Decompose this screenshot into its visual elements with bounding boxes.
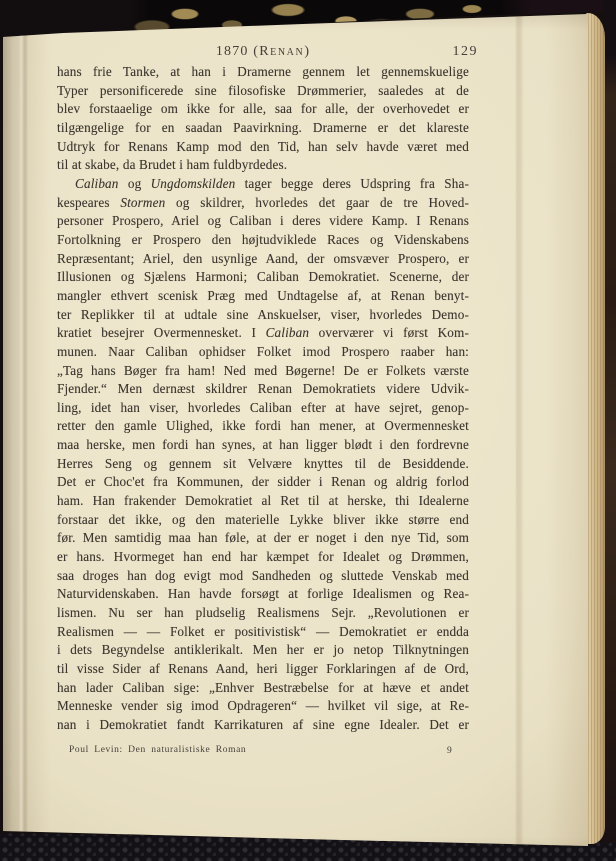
text-line: retter den gamle Ulighed, ikke fordi han… <box>57 417 469 436</box>
text-line: Realismen — — Folket er positivistisk“ —… <box>57 623 469 642</box>
text-line: Fjender.“ Men dernæst skildrer Renan Dem… <box>57 380 469 399</box>
text-line: Herres Seng og gennem sit Velvære knytte… <box>57 455 469 474</box>
text-line: Caliban og Ungdomskilden tager begge der… <box>57 175 469 194</box>
running-head: 1870 (Renan) <box>57 44 469 60</box>
text-line: til at skabe, da Brudet i ham fuldbyrded… <box>57 156 469 175</box>
running-head-year: 1870 ( <box>216 44 259 59</box>
footer-citation: Poul Levin: Den naturalistiske Roman <box>69 745 246 755</box>
text-line: munen. Naar Caliban ophidser Folket imod… <box>57 343 469 362</box>
text-line: forstaar det ikke, og den materielle Lyk… <box>57 511 469 530</box>
text-line: Fortolkning er Prospero den højtudvikled… <box>57 231 469 250</box>
footer-signature-number: 9 <box>447 746 452 756</box>
book-photo: 1870 (Renan) 129 hans frie Tanke, at han… <box>0 0 616 861</box>
text-line: Udtryk for Renans Kamp mod den Tid, han … <box>57 138 469 157</box>
text-line: ter Replikker til at udtale sine Anskuel… <box>57 306 469 325</box>
text-line: blev forstaaelige om ikke for alle, saa … <box>57 100 469 119</box>
text-line: han lader Caliban sige: „Enhver Bestræbe… <box>57 679 469 698</box>
text-line: hans frie Tanke, at han i Dramerne genne… <box>57 63 469 82</box>
text-line: kespeares Stormen og skildrer, hvorledes… <box>57 194 469 213</box>
text-line: til visse Sider af Renans Aand, heri lig… <box>57 660 469 679</box>
text-line: lismen. Nu ser han pludselig Realismens … <box>57 604 469 623</box>
running-head-name: Renan <box>259 44 304 59</box>
text-line: saa droges han dog evigt mod Sandheden o… <box>57 567 469 586</box>
text-block: hans frie Tanke, at han i Dramerne genne… <box>57 63 469 735</box>
running-head-close: ) <box>304 44 310 59</box>
text-line: „Tag hans Bøger fra ham! Ned med Bøgerne… <box>57 362 469 381</box>
text-line: Illusionen og Sjælens Harmoni; Caliban D… <box>57 268 469 287</box>
text-line: er hans. Hvormeget han end har kæmpet fo… <box>57 548 469 567</box>
text-line: Typer personificerede sine filosofiske D… <box>57 82 469 101</box>
text-line: tilgængelige for en saadan Paavirkning. … <box>57 119 469 138</box>
text-line: i dets Begyndelse antiklerikalt. Men her… <box>57 641 469 660</box>
page-footer: Poul Levin: Den naturalistiske Roman 9 <box>69 745 469 759</box>
text-line: Repræsentant; Ariel, den usynlige Aand, … <box>57 250 469 269</box>
text-line: Naturvidenskaben. Han havde forsøgt at f… <box>57 585 469 604</box>
text-line: Det er Choc'et fra Kommunen, der sidder … <box>57 473 469 492</box>
text-line: mangler ethvert scenisk Præg med Undtage… <box>57 287 469 306</box>
text-line: kratiet besejrer Overmennesket. I Caliba… <box>57 324 469 343</box>
page-header: 1870 (Renan) 129 <box>57 44 469 62</box>
text-line: Menneske vender sig imod Opdrageren“ — h… <box>57 697 469 716</box>
text-line: ling, idet han viser, hvorledes Caliban … <box>57 399 469 418</box>
page-number: 129 <box>453 44 479 60</box>
text-line: personer Prospero, Ariel og Caliban i de… <box>57 212 469 231</box>
page-fore-edge <box>585 13 605 844</box>
text-line: nan i Demokratiet fandt Karrikaturen af … <box>57 716 469 735</box>
text-line: ham. Han frakender Demokratiet al Ret ti… <box>57 492 469 511</box>
book-page: 1870 (Renan) 129 hans frie Tanke, at han… <box>3 0 588 861</box>
text-line: maa herske, men fordi han synes, at han … <box>57 436 469 455</box>
text-line: før. Men samtidig maa han føle, at der e… <box>57 529 469 548</box>
